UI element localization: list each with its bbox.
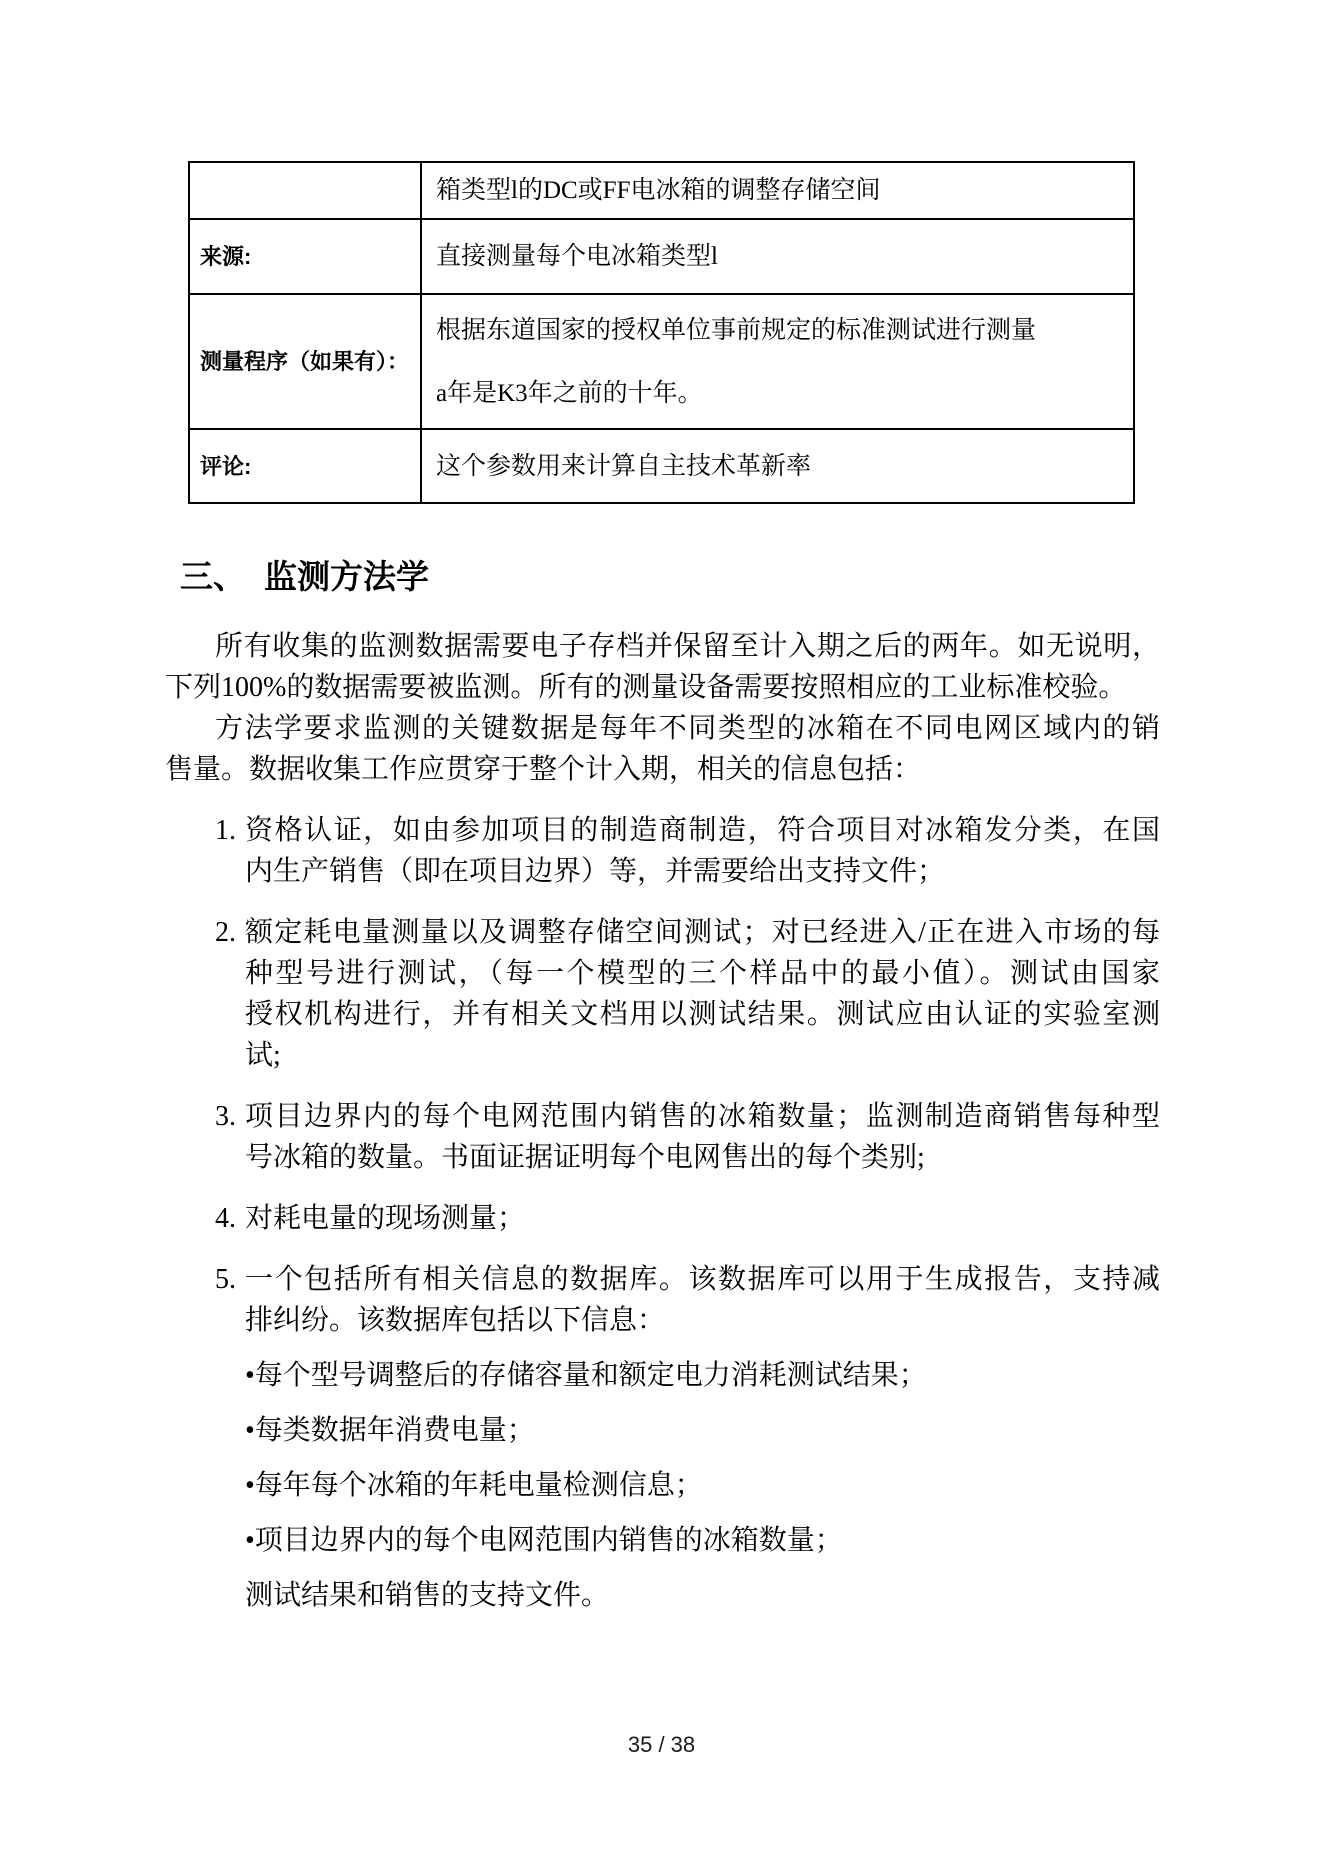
list-item: 1. 资格认证，如由参加项目的制造商制造，符合项目对冰箱发分类，在国 内生产销售… (165, 810, 1160, 892)
list-item: 5. 一个包括所有相关信息的数据库。该数据库可以用于生成报告，支持减 排纠纷。该… (165, 1259, 1160, 1341)
section-heading: 三、监测方法学 (180, 554, 1160, 600)
list-item-line: 额定耗电量测量以及调整存储空间测试；对已经进入/正在进入市场的每 (245, 912, 1160, 953)
list-item-line: 授权机构进行，并有相关文档用以测试结果。测试应由认证的实验室测 (245, 994, 1160, 1035)
list-number: 2. (215, 912, 236, 953)
closing-line: 测试结果和销售的支持文件。 (165, 1575, 1160, 1616)
cell-text: 这个参数用来计算自主技术革新率 (436, 450, 1123, 483)
paragraph: 方法学要求监测的关键数据是每年不同类型的冰箱在不同电网区域内的销 售量。数据收集… (165, 708, 1160, 790)
section-number: 三、 (180, 558, 246, 595)
list-item: 4. 对耗电量的现场测量； (165, 1198, 1160, 1239)
cell-text: 箱类型l的DC或FF电冰箱的调整存储空间 (436, 174, 1123, 207)
list-number: 3. (215, 1096, 236, 1137)
cell-text: 直接测量每个电冰箱类型l (436, 240, 1123, 273)
paragraph-line: 下列100%的数据需要被监测。所有的测量设备需要按照相应的工业标准校验。 (165, 667, 1160, 708)
row-value-cell: 箱类型l的DC或FF电冰箱的调整存储空间 (421, 162, 1134, 219)
row-label-cell: 来源: (189, 219, 421, 294)
list-item-line: 项目边界内的每个电网范围内销售的冰箱数量；监测制造商销售每种型 (245, 1096, 1160, 1137)
list-number: 5. (215, 1259, 236, 1300)
list-item-line: 内生产销售（即在项目边界）等，并需要给出支持文件； (245, 851, 1160, 892)
row-value-cell: 直接测量每个电冰箱类型l (421, 219, 1134, 294)
cell-text: a年是K3年之前的十年。 (436, 377, 1123, 410)
table-row-continuation: 箱类型l的DC或FF电冰箱的调整存储空间 (189, 162, 1134, 219)
list-item-line: 对耗电量的现场测量； (245, 1198, 1160, 1239)
table-row-source: 来源: 直接测量每个电冰箱类型l (189, 219, 1134, 294)
cell-text: 根据东道国家的授权单位事前规定的标准测试进行测量 (436, 314, 1123, 347)
paragraph-line: 售量。数据收集工作应贯穿于整个计入期，相关的信息包括： (165, 749, 1160, 790)
row-value-cell: 根据东道国家的授权单位事前规定的标准测试进行测量 a年是K3年之前的十年。 (421, 294, 1134, 429)
bullet-item: •每个型号调整后的存储容量和额定电力消耗测试结果； (165, 1355, 1160, 1396)
list-item: 3. 项目边界内的每个电网范围内销售的冰箱数量；监测制造商销售每种型 号冰箱的数… (165, 1096, 1160, 1178)
paragraph-line: 方法学要求监测的关键数据是每年不同类型的冰箱在不同电网区域内的销 (165, 708, 1160, 749)
row-label-cell (189, 162, 421, 219)
document-page: 箱类型l的DC或FF电冰箱的调整存储空间 来源: 直接测量每个电冰箱类型l 测量… (0, 0, 1323, 1871)
list-item-line: 一个包括所有相关信息的数据库。该数据库可以用于生成报告，支持减 (245, 1259, 1160, 1300)
row-value-cell: 这个参数用来计算自主技术革新率 (421, 429, 1134, 503)
parameter-table: 箱类型l的DC或FF电冰箱的调整存储空间 来源: 直接测量每个电冰箱类型l 测量… (188, 161, 1135, 504)
list-number: 4. (215, 1198, 236, 1239)
paragraph-line: 所有收集的监测数据需要电子存档并保留至计入期之后的两年。如无说明， (165, 626, 1160, 667)
table-row-comment: 评论: 这个参数用来计算自主技术革新率 (189, 429, 1134, 503)
row-label-cell: 评论: (189, 429, 421, 503)
page-content: 箱类型l的DC或FF电冰箱的调整存储空间 来源: 直接测量每个电冰箱类型l 测量… (165, 161, 1160, 1616)
row-label-cell: 测量程序（如果有）： (189, 294, 421, 429)
paragraph: 所有收集的监测数据需要电子存档并保留至计入期之后的两年。如无说明， 下列100%… (165, 626, 1160, 708)
bullet-item: •每类数据年消费电量； (165, 1410, 1160, 1451)
section-title: 监测方法学 (264, 558, 429, 595)
list-item-line: 种型号进行测试，（每一个模型的三个样品中的最小值）。测试由国家 (245, 953, 1160, 994)
bullet-item: •每年每个冰箱的年耗电量检测信息； (165, 1465, 1160, 1506)
list-item-line: 资格认证，如由参加项目的制造商制造，符合项目对冰箱发分类，在国 (245, 810, 1160, 851)
list-item-line: 试; (245, 1035, 1160, 1076)
list-item-line: 号冰箱的数量。书面证据证明每个电网售出的每个类别; (245, 1137, 1160, 1178)
table-row-measurement-procedure: 测量程序（如果有）： 根据东道国家的授权单位事前规定的标准测试进行测量 a年是K… (189, 294, 1134, 429)
list-item-line: 排纠纷。该数据库包括以下信息： (245, 1300, 1160, 1341)
page-number: 35 / 38 (0, 1732, 1323, 1758)
list-number: 1. (215, 810, 236, 851)
bullet-item: •项目边界内的每个电网范围内销售的冰箱数量； (165, 1520, 1160, 1561)
list-item: 2. 额定耗电量测量以及调整存储空间测试；对已经进入/正在进入市场的每 种型号进… (165, 912, 1160, 1076)
